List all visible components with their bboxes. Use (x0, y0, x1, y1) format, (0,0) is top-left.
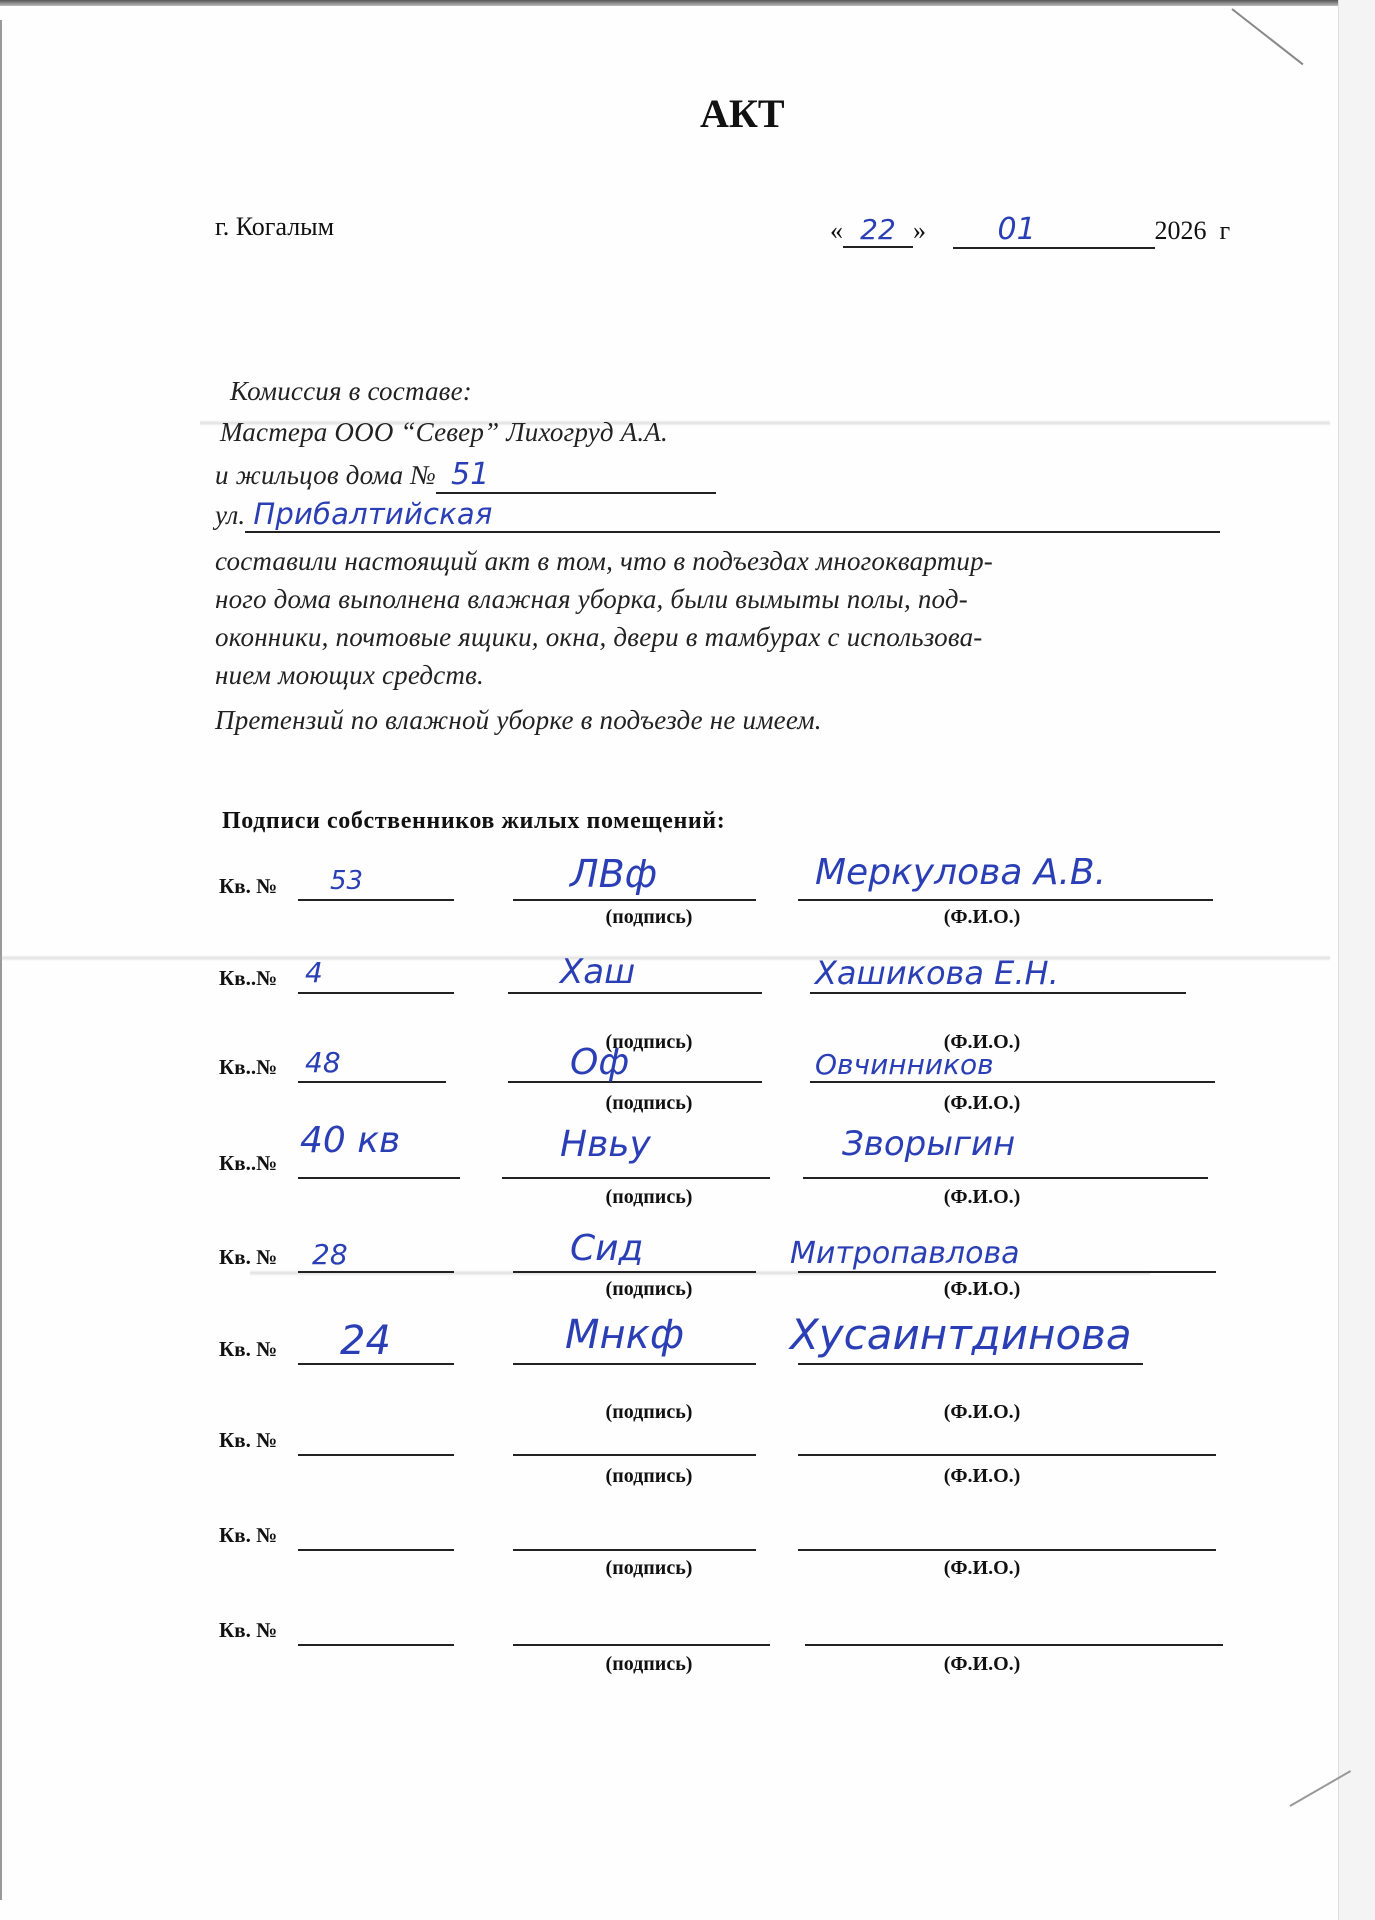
signature: Нвьу (560, 1124, 651, 1165)
name-caption: (Ф.И.О.) (902, 1465, 1062, 1488)
name-caption: (Ф.И.О.) (902, 1092, 1062, 1115)
name-caption: (Ф.И.О.) (902, 906, 1062, 929)
document-title: АКТ (700, 90, 785, 137)
signature-line (508, 1081, 762, 1083)
apartment-label: Кв. № (219, 1618, 277, 1643)
signature: Мнкф (565, 1312, 684, 1358)
name-line (798, 1271, 1216, 1273)
signature-line[interactable] (513, 1549, 756, 1551)
apartment-label: Кв. № (219, 1337, 277, 1362)
scanner-margin-right (1338, 0, 1375, 1920)
apartment-label: Кв. № (219, 1523, 277, 1548)
apartment-label: Кв. № (219, 1428, 277, 1453)
owner-name: Овчинников (815, 1048, 994, 1081)
house-line: и жильцов дома №51 (215, 457, 716, 494)
signature-line[interactable] (513, 1644, 770, 1646)
body-line: оконники, почтовые ящики, окна, двери в … (215, 622, 982, 653)
signature: ЛВф (570, 852, 657, 896)
house-prefix: и жильцов дома № (215, 460, 436, 490)
apartment-line[interactable] (298, 1644, 454, 1646)
apartment-line (298, 899, 454, 901)
name-line[interactable] (798, 1549, 1216, 1551)
house-number: 51 (451, 457, 490, 492)
name-caption: (Ф.И.О.) (902, 1653, 1062, 1676)
document-date: «22» 012026 г (830, 212, 1230, 249)
signature: Оф (570, 1042, 629, 1083)
body-line: нием моющих средств. (215, 660, 484, 691)
street-prefix: ул. (215, 500, 245, 530)
apartment-line (298, 1177, 460, 1179)
name-line (810, 992, 1186, 994)
apartment-line (298, 1081, 446, 1083)
date-day-field: 22 (843, 213, 913, 248)
apartment-label: Кв..№ (219, 966, 277, 991)
name-caption: (Ф.И.О.) (902, 1278, 1062, 1301)
commission-heading: Комиссия в составе: (230, 376, 472, 407)
date-month-field: 01 (953, 212, 1155, 249)
owner-name: Митропавлова (790, 1236, 1020, 1271)
signature-line (508, 992, 762, 994)
body-line: ного дома выполнена влажная уборка, были… (215, 584, 968, 615)
apartment-line (298, 992, 454, 994)
signature-line (513, 899, 756, 901)
name-caption: (Ф.И.О.) (902, 1401, 1062, 1424)
name-line (810, 1081, 1215, 1083)
signature-line (513, 1271, 756, 1273)
signature-caption: (подпись) (569, 1092, 729, 1115)
date-year: 2026 (1155, 216, 1207, 245)
street-line: ул.Прибалтийская (215, 497, 1220, 533)
signatures-header: Подписи собственников жилых помещений: (222, 808, 725, 835)
signature-caption: (подпись) (569, 1557, 729, 1580)
name-line (803, 1177, 1208, 1179)
signature-line (502, 1177, 770, 1179)
apartment-number: 40 кв (300, 1120, 400, 1161)
paper-crease (0, 955, 1330, 961)
apartment-number: 48 (305, 1046, 341, 1079)
name-line (798, 1363, 1143, 1365)
date-month: 01 (998, 212, 1036, 247)
apartment-label: Кв..№ (219, 1151, 277, 1176)
signature-caption: (подпись) (569, 1401, 729, 1424)
scanner-edge-top (0, 0, 1340, 6)
document-page: АКТ г. Когалым «22» 012026 г Комиссия в … (0, 0, 1375, 1920)
city-label: г. Когалым (215, 212, 334, 242)
street-name: Прибалтийская (253, 497, 492, 531)
name-line[interactable] (805, 1644, 1223, 1646)
signature-caption: (подпись) (569, 1653, 729, 1676)
owner-name: Зворыгин (842, 1124, 1015, 1164)
quote-open: « (830, 216, 843, 245)
house-number-field: 51 (436, 457, 716, 494)
name-caption: (Ф.И.О.) (902, 1186, 1062, 1209)
no-claims-statement: Претензий по влажной уборке в подъезде н… (215, 705, 822, 736)
apartment-number: 28 (312, 1238, 348, 1271)
apartment-number: 53 (330, 866, 363, 896)
year-suffix: г (1220, 216, 1231, 245)
name-line[interactable] (798, 1454, 1216, 1456)
date-day: 22 (860, 213, 896, 246)
apartment-line (298, 1271, 454, 1273)
signature-caption: (подпись) (569, 1465, 729, 1488)
name-line (798, 899, 1213, 901)
owner-name: Хашикова Е.Н. (815, 954, 1059, 992)
owner-name: Меркулова А.В. (815, 852, 1106, 893)
apartment-label: Кв. № (219, 1245, 277, 1270)
signature-caption: (подпись) (569, 906, 729, 929)
apartment-line[interactable] (298, 1549, 454, 1551)
apartment-number: 24 (340, 1318, 391, 1364)
owner-name: Хусаинтдинова (790, 1310, 1132, 1359)
signature-caption: (подпись) (569, 1278, 729, 1301)
signature-caption: (подпись) (569, 1186, 729, 1209)
body-line: составили настоящий акт в том, что в под… (215, 546, 993, 577)
commission-master: Мастера ООО “Север” Лихогруд А.А. (220, 417, 668, 448)
apartment-number: 4 (305, 956, 323, 989)
name-caption: (Ф.И.О.) (902, 1557, 1062, 1580)
street-field: Прибалтийская (245, 497, 1220, 533)
apartment-label: Кв..№ (219, 1055, 277, 1080)
signature: Сид (570, 1228, 643, 1269)
signature: Хаш (560, 952, 635, 992)
folded-corner-top (1231, 8, 1303, 65)
signature-line (513, 1363, 756, 1365)
apartment-line[interactable] (298, 1454, 454, 1456)
signature-line[interactable] (513, 1454, 756, 1456)
apartment-label: Кв. № (219, 874, 277, 899)
quote-close: » (913, 216, 926, 245)
